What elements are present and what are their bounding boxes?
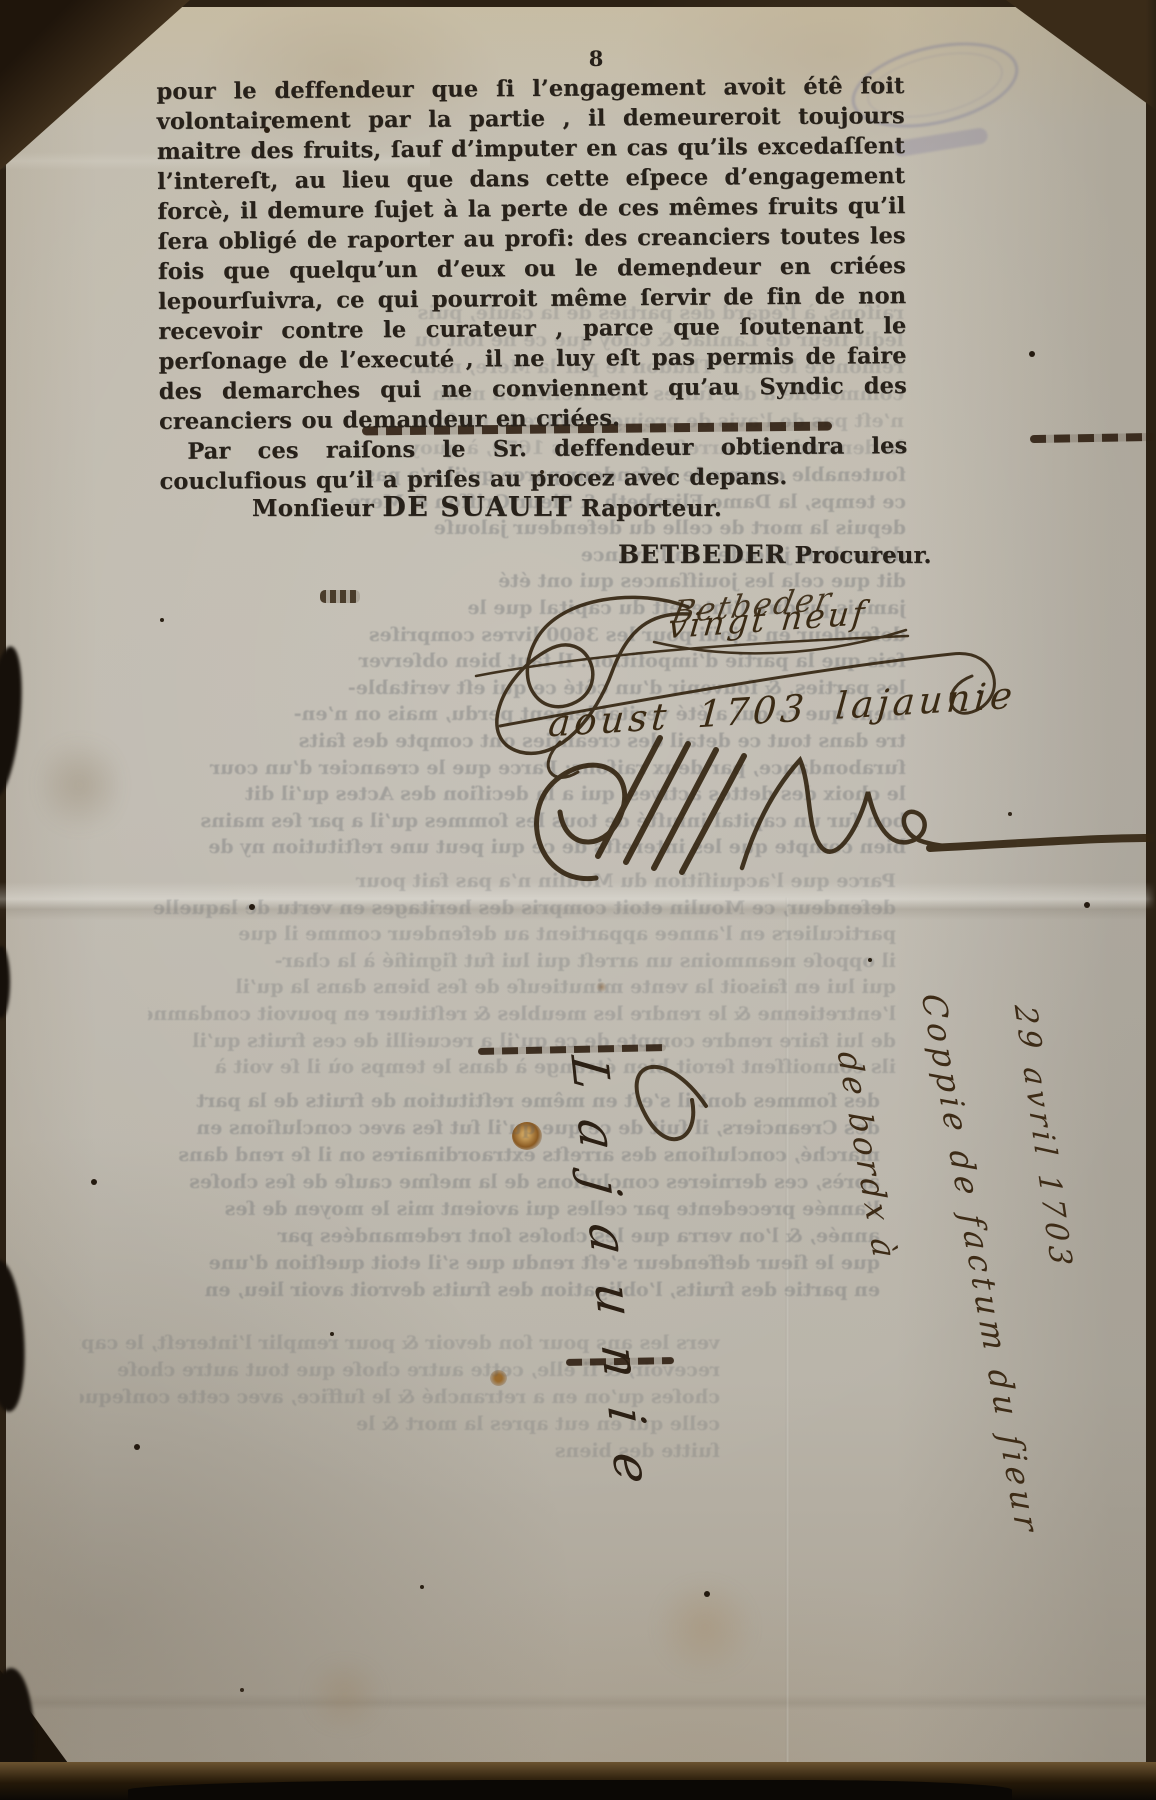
photographed-document: { "palette": { "backdrop_brown": "#2c211… — [0, 0, 1156, 1800]
procureur-role: Procureur. — [795, 542, 932, 569]
ink-smudge — [320, 590, 360, 603]
rapporteur-role: Raporteur. — [581, 495, 722, 522]
procureur-name: BETBEDER — [618, 540, 787, 569]
paragraph: pour le deffendeur que ſi l’engagement a… — [156, 71, 907, 437]
paragraph: Par ces raiſons le Sr. deffendeur obtien… — [159, 431, 907, 497]
photo-edge-right — [1146, 0, 1156, 1800]
photo-edge-bottom — [0, 1762, 1156, 1800]
rapporteur-prefix: Monſieur — [252, 495, 374, 522]
photo-edge-bottom-shadow — [128, 1780, 1012, 1800]
procureur-line: BETBEDER Procureur. — [618, 540, 931, 569]
rapporteur-name: DE SUAULT — [382, 492, 572, 523]
page-number: 8 — [556, 46, 636, 71]
body-text: pour le deffendeur que ſi l’engagement a… — [156, 71, 907, 497]
ink-specks — [0, 0, 4, 4]
rapporteur-line: Monſieur DE SUAULT Raporteur. — [252, 492, 722, 523]
